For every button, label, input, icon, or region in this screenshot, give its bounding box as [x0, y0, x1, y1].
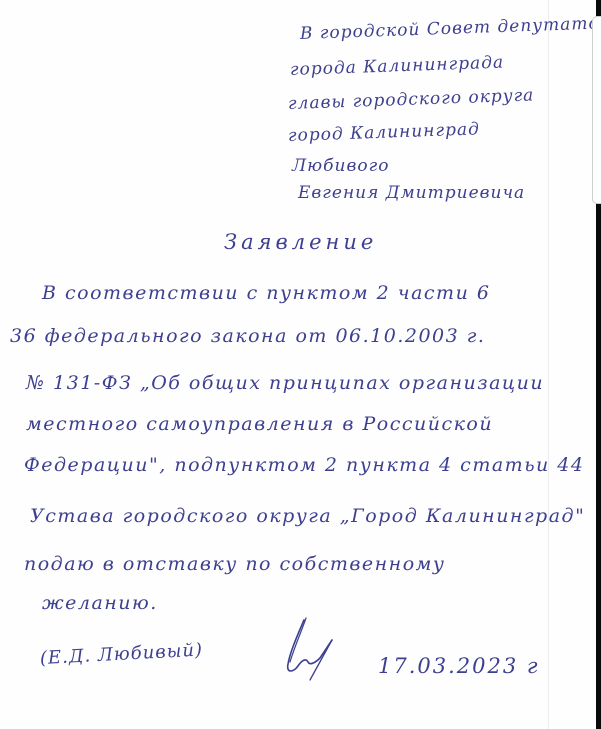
body-line: Федерации", подпунктом 2 пункта 4 статьи…	[24, 454, 585, 476]
body-line: В соответствии с пунктом 2 части 6	[42, 282, 490, 304]
body-line: местного самоуправления в Российской	[26, 413, 493, 435]
document-title: Заявление	[224, 230, 377, 254]
addressee-line: город Калининград	[288, 119, 481, 146]
body-line: подаю в отставку по собственному	[24, 553, 445, 575]
addressee-line: Евгения Дмитриевича	[298, 183, 525, 203]
addressee-line: города Калининграда	[290, 53, 505, 80]
body-line: желанию.	[42, 592, 158, 614]
edge-panel	[592, 16, 601, 204]
addressee-line: Любивого	[292, 156, 389, 176]
signer-name: (Е.Д. Любивый)	[39, 639, 203, 669]
page-fold-line	[548, 0, 549, 729]
body-line: Устава городского округа „Город Калининг…	[30, 505, 585, 527]
body-line: № 131-ФЗ „Об общих принципах организации	[26, 372, 544, 394]
addressee-line: В городской Совет депутатов	[300, 13, 601, 44]
scanned-page: В городской Совет депутатов города Калин…	[0, 0, 597, 729]
addressee-line: главы городского округа	[288, 85, 535, 114]
signature-date: 17.03.2023 г	[378, 654, 540, 678]
body-line: 36 федерального закона от 06.10.2003 г.	[10, 325, 485, 347]
signature-icon	[280, 612, 340, 682]
